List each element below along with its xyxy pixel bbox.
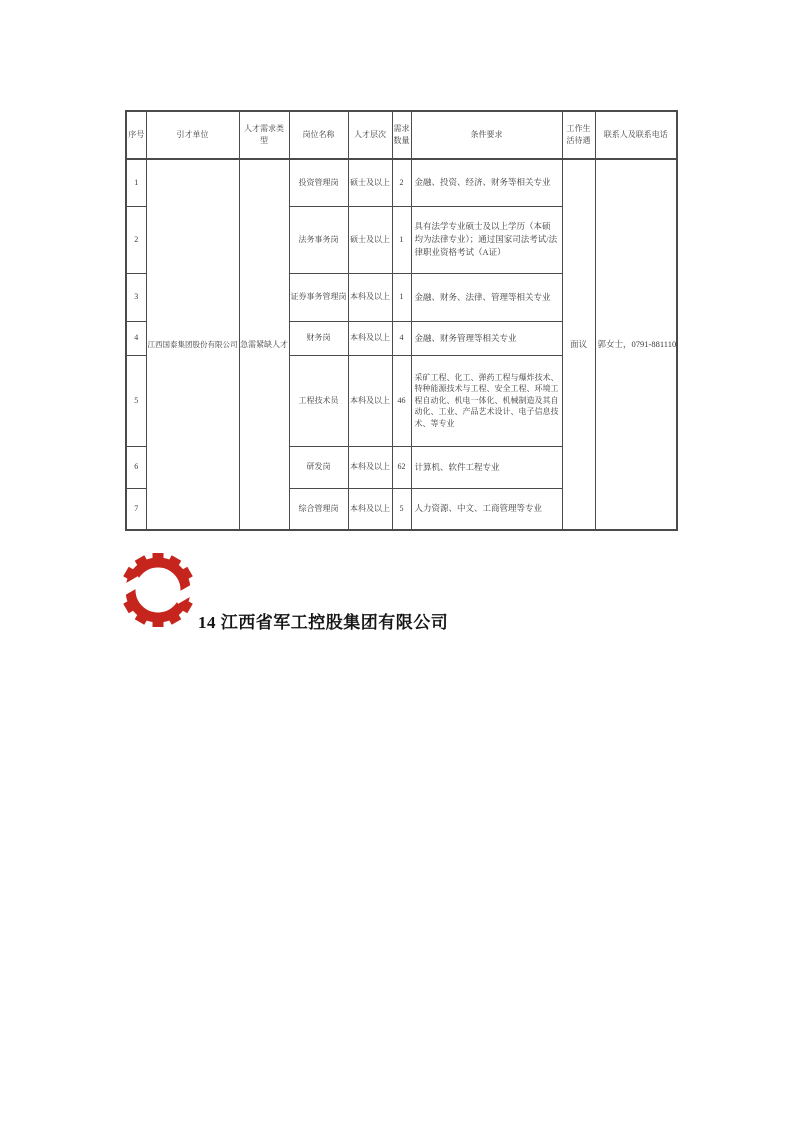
header-position: 岗位名称 [289, 111, 348, 159]
contact-cell: 郭女士，0791-88111010 [595, 159, 677, 530]
table-header-row: 序号 引才单位 人才需求类型 岗位名称 人才层次 需求数量 条件要求 工作生活待… [126, 111, 677, 159]
demand-type-cell: 急需紧缺人才 [239, 159, 289, 530]
header-level: 人才层次 [348, 111, 392, 159]
serial-cell: 1 [126, 159, 146, 206]
position-cell: 财务岗 [289, 321, 348, 355]
treatment-cell: 面议 [562, 159, 595, 530]
header-contact: 联系人及联系电话 [595, 111, 677, 159]
unit-cell: 江西国泰集团股份有限公司 [146, 159, 239, 530]
count-cell: 62 [392, 446, 411, 488]
table-row: 1 江西国泰集团股份有限公司 急需紧缺人才 投资管理岗 硕士及以上 2 金融、投… [126, 159, 677, 206]
position-cell: 证券事务管理岗 [289, 273, 348, 321]
position-cell: 法务事务岗 [289, 206, 348, 273]
requirements-cell: 金融、财务管理等相关专业 [411, 321, 562, 355]
level-cell: 本科及以上 [348, 488, 392, 530]
level-cell: 本科及以上 [348, 321, 392, 355]
position-cell: 投资管理岗 [289, 159, 348, 206]
serial-cell: 3 [126, 273, 146, 321]
requirements-cell: 金融、财务、法律、管理等相关专业 [411, 273, 562, 321]
requirements-cell: 计算机、软件工程专业 [411, 446, 562, 488]
level-cell: 本科及以上 [348, 355, 392, 446]
count-cell: 1 [392, 206, 411, 273]
requirements-cell: 人力资源、中文、工商管理等专业 [411, 488, 562, 530]
level-cell: 本科及以上 [348, 446, 392, 488]
level-cell: 硕士及以上 [348, 159, 392, 206]
level-cell: 硕士及以上 [348, 206, 392, 273]
position-cell: 工程技术员 [289, 355, 348, 446]
count-cell: 2 [392, 159, 411, 206]
count-cell: 1 [392, 273, 411, 321]
count-cell: 46 [392, 355, 411, 446]
serial-cell: 4 [126, 321, 146, 355]
requirements-cell: 金融、投资、经济、财务等相关专业 [411, 159, 562, 206]
level-cell: 本科及以上 [348, 273, 392, 321]
serial-cell: 5 [126, 355, 146, 446]
position-cell: 研发岗 [289, 446, 348, 488]
serial-cell: 7 [126, 488, 146, 530]
recruitment-table: 序号 引才单位 人才需求类型 岗位名称 人才层次 需求数量 条件要求 工作生活待… [125, 110, 678, 531]
gear-logo-icon [117, 552, 199, 630]
position-cell: 综合管理岗 [289, 488, 348, 530]
serial-cell: 6 [126, 446, 146, 488]
serial-cell: 2 [126, 206, 146, 273]
count-cell: 4 [392, 321, 411, 355]
header-unit: 引才单位 [146, 111, 239, 159]
header-serial: 序号 [126, 111, 146, 159]
header-demand-type: 人才需求类型 [239, 111, 289, 159]
header-requirements: 条件要求 [411, 111, 562, 159]
requirements-cell: 采矿工程、化工、弹药工程与爆炸技术、特种能源技术与工程、安全工程、环境工程自动化… [411, 355, 562, 446]
requirements-cell: 具有法学专业硕士及以上学历（本硕均为法律专业）；通过国家司法考试/法律职业资格考… [411, 206, 562, 273]
header-treatment: 工作生活待遇 [562, 111, 595, 159]
section-heading: 14 江西省军工控股集团有限公司 [198, 608, 448, 633]
count-cell: 5 [392, 488, 411, 530]
header-count: 需求数量 [392, 111, 411, 159]
